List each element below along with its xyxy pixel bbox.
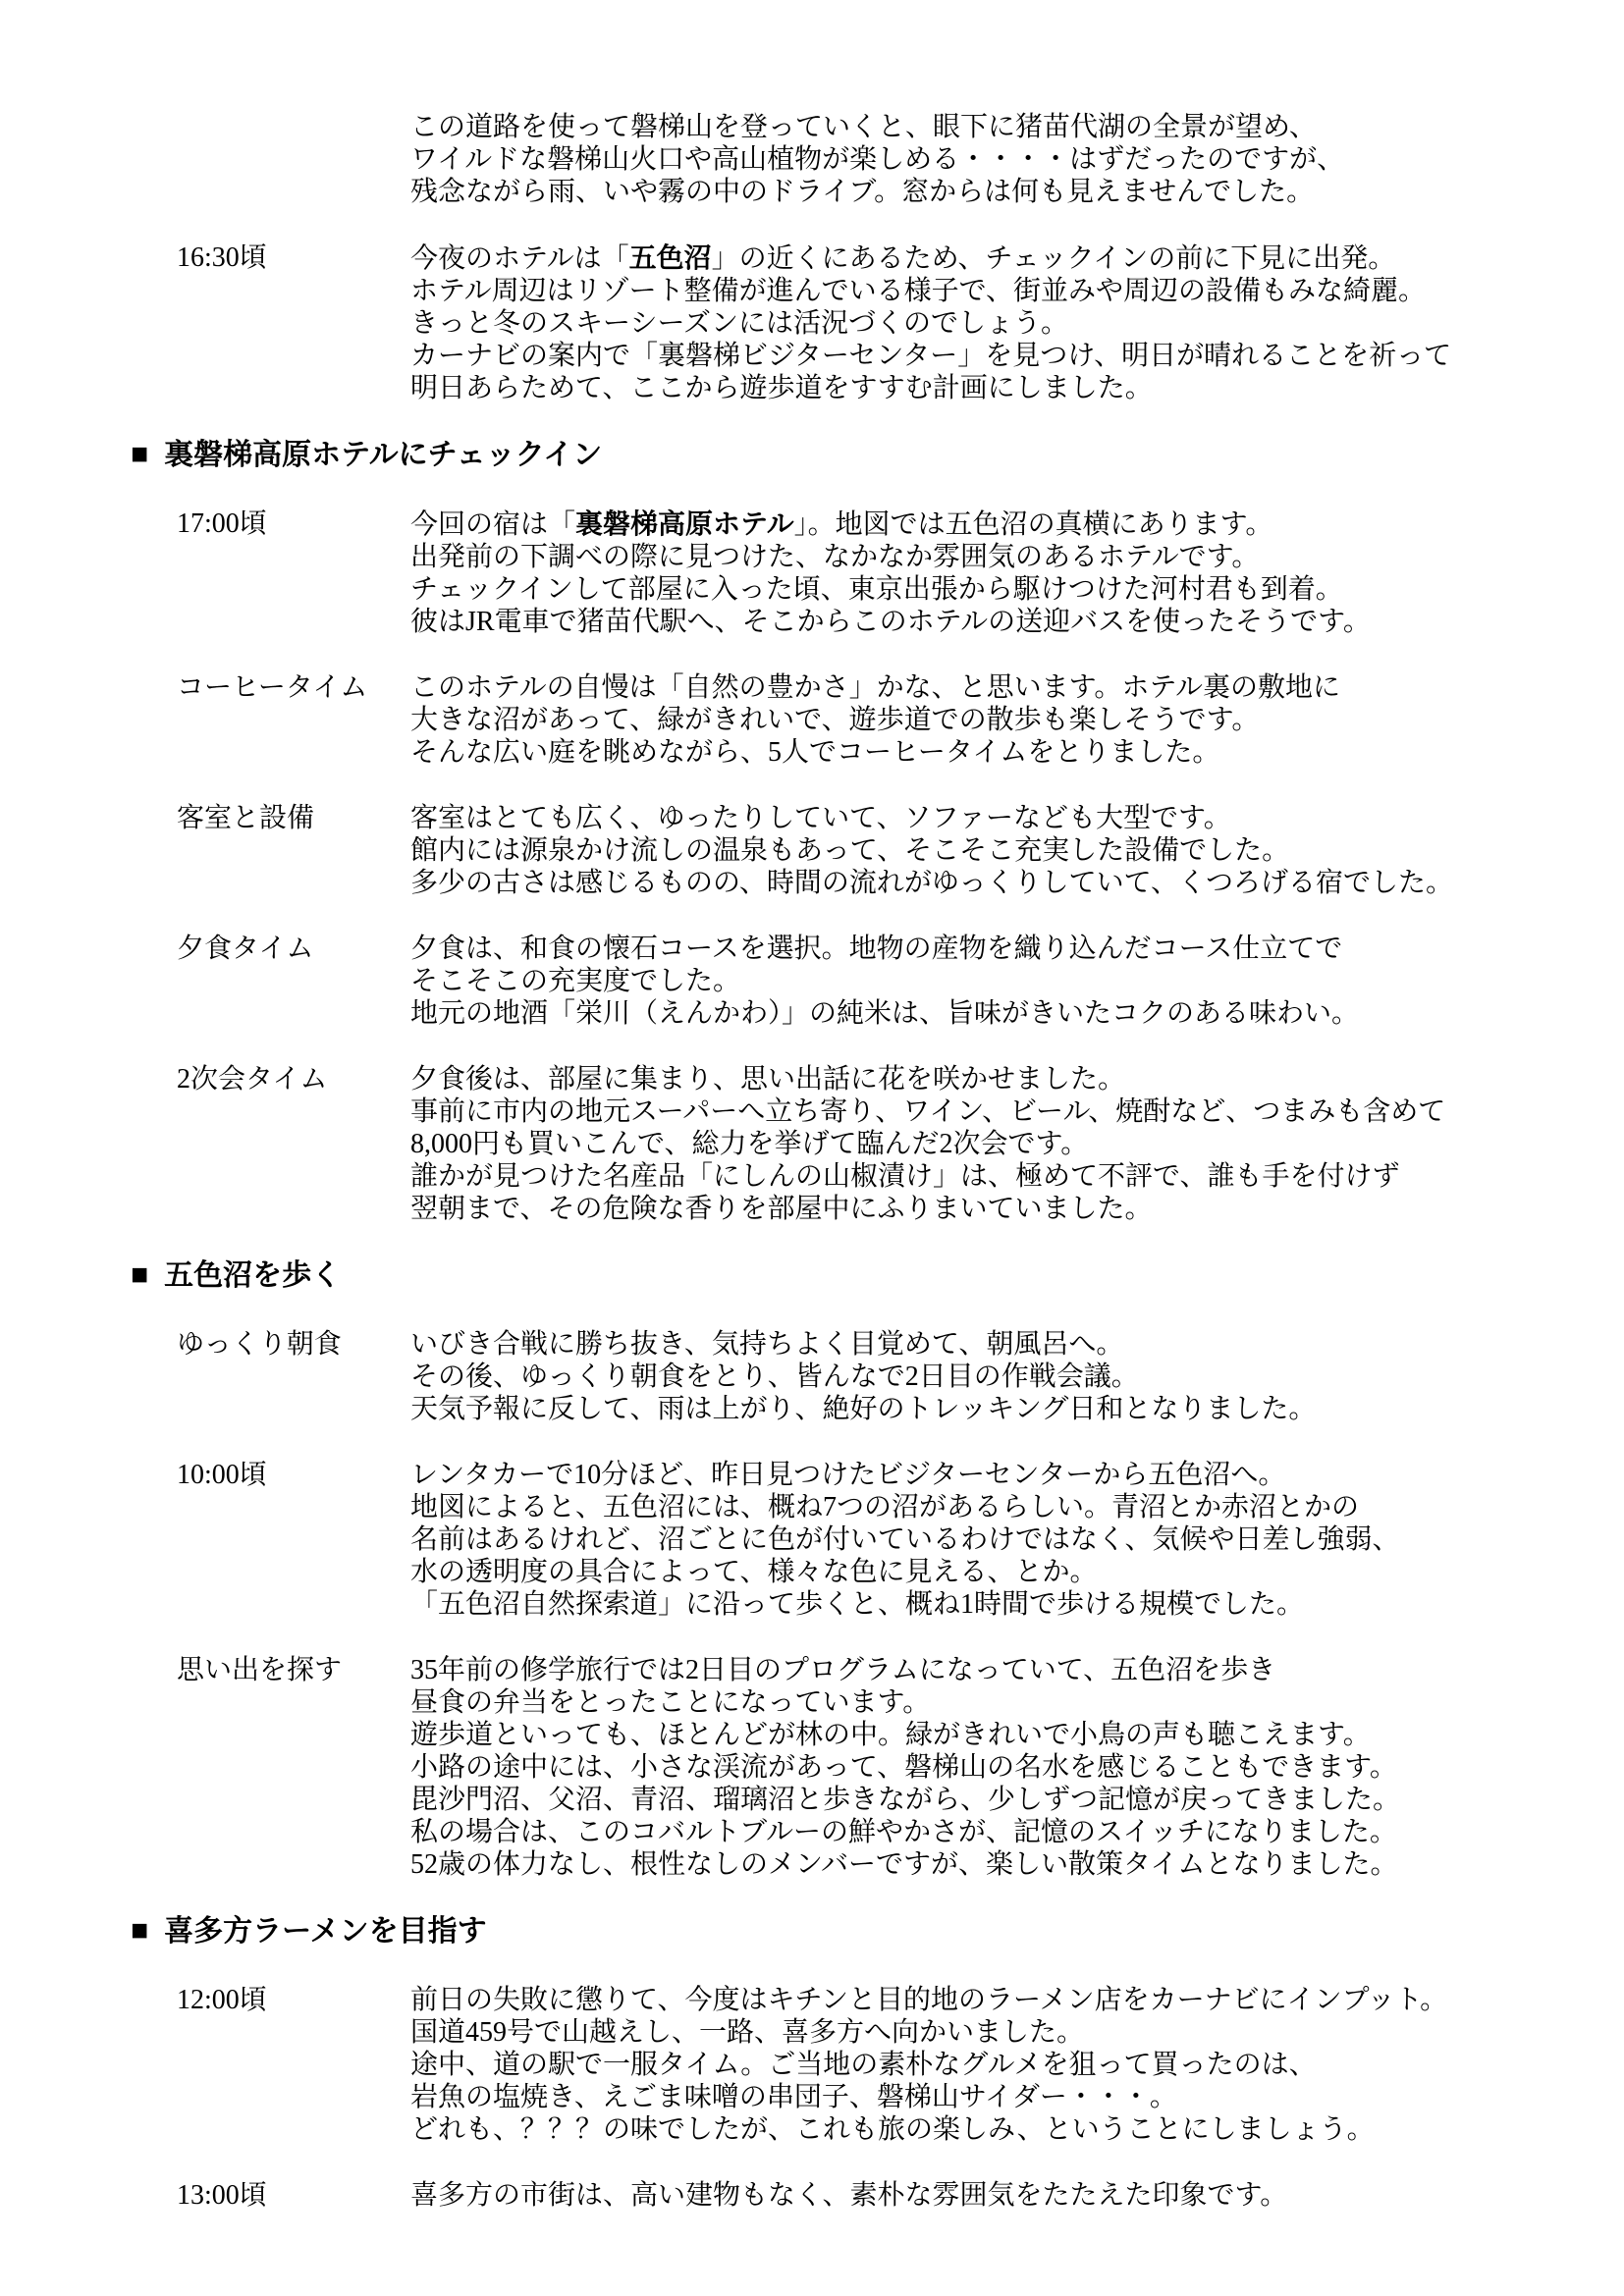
entry-body: 夕食後は、部屋に集まり、思い出話に花を咲かせました。事前に市内の地元スーパーへ立… (410, 1063, 1624, 1225)
entry-text-line: 地元の地酒「栄川（えんかわ）」の純米は、旨味がきいたコクのある味わい。 (410, 997, 1624, 1030)
entry-text-line: そんな広い庭を眺めながら、5人でコーヒータイムをとりました。 (410, 736, 1624, 769)
entry-text-line: ホテル周辺はリゾート整備が進んでいる様子で、街並みや周辺の設備もみな綺麗。 (410, 275, 1624, 307)
entry-label: 客室と設備 (177, 802, 410, 834)
entry-text-line: 水の透明度の具合によって、様々な色に見える、とか。 (410, 1556, 1624, 1588)
timeline-entry: コーヒータイムこのホテルの自慢は「自然の豊かさ」かな、と思います。ホテル裏の敷地… (0, 671, 1624, 769)
entry-label: 10:00頃 (177, 1459, 410, 1491)
timeline-entry: 13:00頃喜多方の市街は、高い建物もなく、素朴な雰囲気をたたえた印象です。 (0, 2179, 1624, 2212)
entry-text-line: いびき合戦に勝ち抜き、気持ちよく目覚めて、朝風呂へ。 (410, 1328, 1624, 1361)
section-bullet-icon: ■ (131, 1913, 148, 1949)
section-heading: ■喜多方ラーメンを目指す (131, 1914, 1624, 1949)
timeline-entry: 客室と設備客室はとても広く、ゆったりしていて、ソファーなども大型です。館内には源… (0, 802, 1624, 899)
text-segment: 今回の宿は「 (410, 509, 575, 540)
entry-text-line: 誰かが見つけた名産品「にしんの山椒漬け」は、極めて不評で、誰も手を付けず (410, 1160, 1624, 1193)
section-bullet-icon: ■ (131, 1257, 148, 1293)
section-heading-text: 喜多方ラーメンを目指す (164, 1915, 487, 1948)
entry-body: 客室はとても広く、ゆったりしていて、ソファーなども大型です。館内には源泉かけ流し… (410, 802, 1624, 899)
entry-text-line: 館内には源泉かけ流しの温泉もあって、そこそこ充実した設備でした。 (410, 834, 1624, 867)
entry-text-line: 岩魚の塩焼き、えごま味噌の串団子、磐梯山サイダー・・・。 (410, 2081, 1624, 2113)
entry-text-line: 翌朝まで、その危険な香りを部屋中にふりまいていました。 (410, 1193, 1624, 1225)
text-segment: 」の近くにあるため、チェックインの前に下見に出発。 (712, 243, 1396, 274)
entry-text-line: その後、ゆっくり朝食をとり、皆んなで2日目の作戦会議。 (410, 1361, 1624, 1393)
text-segment: 今夜のホテルは「 (410, 243, 629, 274)
entry-body: いびき合戦に勝ち抜き、気持ちよく目覚めて、朝風呂へ。その後、ゆっくり朝食をとり、… (410, 1328, 1624, 1425)
bold-term: 裏磐梯高原ホテル (575, 508, 794, 539)
entry-body: 前日の失敗に懲りて、今度はキチンと目的地のラーメン店をカーナビにインプット。国道… (410, 1984, 1624, 2146)
entry-text-line: 事前に市内の地元スーパーへ立ち寄り、ワイン、ビール、焼酎など、つまみも含めて (410, 1095, 1624, 1128)
entry-text-line: レンタカーで10分ほど、昨日見つけたビジターセンターから五色沼へ。 (410, 1459, 1624, 1491)
entry-text-line: 残念ながら雨、いや霧の中のドライブ。窓からは何も見えませんでした。 (410, 176, 1624, 208)
timeline-entry: 2次会タイム夕食後は、部屋に集まり、思い出話に花を咲かせました。事前に市内の地元… (0, 1063, 1624, 1225)
entry-label: ゆっくり朝食 (177, 1328, 410, 1361)
entry-text-line: そこそこの充実度でした。 (410, 965, 1624, 997)
entry-body: このホテルの自慢は「自然の豊かさ」かな、と思います。ホテル裏の敷地に大きな沼があ… (410, 671, 1624, 769)
entry-text-line: 昼食の弁当をとったことになっています。 (410, 1686, 1624, 1719)
entry-text-line: 途中、道の駅で一服タイム。ご当地の素朴なグルメを狙って買ったのは、 (410, 2049, 1624, 2081)
entry-label: 13:00頃 (177, 2179, 410, 2212)
entry-text-line: 小路の途中には、小さな渓流があって、磐梯山の名水を感じることもできます。 (410, 1751, 1624, 1784)
entry-text-line: 52歳の体力なし、根性なしのメンバーですが、楽しい散策タイムとなりました。 (410, 1848, 1624, 1881)
entry-label: コーヒータイム (177, 671, 410, 704)
entry-text-line: 前日の失敗に懲りて、今度はキチンと目的地のラーメン店をカーナビにインプット。 (410, 1984, 1624, 2016)
timeline-entry: この道路を使って磐梯山を登っていくと、眼下に猪苗代湖の全景が望め、ワイルドな磐梯… (0, 111, 1624, 208)
entry-text-line: チェックインして部屋に入った頃、東京出張から駆けつけた河村君も到着。 (410, 573, 1624, 606)
entry-text-line: 多少の古さは感じるものの、時間の流れがゆっくりしていて、くつろげる宿でした。 (410, 867, 1624, 899)
entry-label: 16:30頃 (177, 241, 410, 274)
section-heading-text: 裏磐梯高原ホテルにチェックイン (164, 439, 602, 471)
entry-text-line: 彼はJR電車で猪苗代駅へ、そこからこのホテルの送迎バスを使ったそうです。 (410, 606, 1624, 638)
entry-text-line: 明日あらためて、ここから遊歩道をすすむ計画にしました。 (410, 372, 1624, 404)
entry-text-line: 出発前の下調べの際に見つけた、なかなか雰囲気のあるホテルです。 (410, 541, 1624, 573)
entry-text-line: このホテルの自慢は「自然の豊かさ」かな、と思います。ホテル裏の敷地に (410, 671, 1624, 704)
entry-text-line: きっと冬のスキーシーズンには活況づくのでしょう。 (410, 307, 1624, 340)
entry-text-line: ワイルドな磐梯山火口や高山植物が楽しめる・・・・はずだったのですが、 (410, 143, 1624, 176)
section-heading: ■五色沼を歩く (131, 1258, 1624, 1294)
entry-label: 12:00頃 (177, 1984, 410, 2016)
timeline-entry: 思い出を探す35年前の修学旅行では2日目のプログラムになっていて、五色沼を歩き昼… (0, 1654, 1624, 1881)
entry-text-line: この道路を使って磐梯山を登っていくと、眼下に猪苗代湖の全景が望め、 (410, 111, 1624, 143)
entry-body: 喜多方の市街は、高い建物もなく、素朴な雰囲気をたたえた印象です。 (410, 2179, 1624, 2212)
entry-body: 35年前の修学旅行では2日目のプログラムになっていて、五色沼を歩き昼食の弁当をと… (410, 1654, 1624, 1881)
entry-text-line: 夕食は、和食の懐石コースを選択。地物の産物を織り込んだコース仕立てで (410, 933, 1624, 965)
bold-term: 五色沼 (629, 242, 712, 273)
entry-text-line: 今夜のホテルは「五色沼」の近くにあるため、チェックインの前に下見に出発。 (410, 241, 1624, 275)
timeline-entry: 17:00頃今回の宿は「裏磐梯高原ホテル」。地図では五色沼の真横にあります。出発… (0, 507, 1624, 638)
entry-body: 今夜のホテルは「五色沼」の近くにあるため、チェックインの前に下見に出発。ホテル周… (410, 241, 1624, 404)
entry-text-line: 「五色沼自然探索道」に沿って歩くと、概ね1時間で歩ける規模でした。 (410, 1588, 1624, 1621)
timeline-entry: 10:00頃レンタカーで10分ほど、昨日見つけたビジターセンターから五色沼へ。地… (0, 1459, 1624, 1621)
entry-body: レンタカーで10分ほど、昨日見つけたビジターセンターから五色沼へ。地図によると、… (410, 1459, 1624, 1621)
entry-text-line: 喜多方の市街は、高い建物もなく、素朴な雰囲気をたたえた印象です。 (410, 2179, 1624, 2212)
entry-text-line: 8,000円も買いこんで、総力を挙げて臨んだ2次会です。 (410, 1128, 1624, 1160)
entry-label: 夕食タイム (177, 933, 410, 965)
section-heading-text: 五色沼を歩く (164, 1259, 341, 1292)
travel-log-content: この道路を使って磐梯山を登っていくと、眼下に猪苗代湖の全景が望め、ワイルドな磐梯… (0, 0, 1624, 2212)
timeline-entry: ゆっくり朝食いびき合戦に勝ち抜き、気持ちよく目覚めて、朝風呂へ。その後、ゆっくり… (0, 1328, 1624, 1425)
document-page: この道路を使って磐梯山を登っていくと、眼下に猪苗代湖の全景が望め、ワイルドな磐梯… (0, 0, 1624, 2296)
entry-text-line: 35年前の修学旅行では2日目のプログラムになっていて、五色沼を歩き (410, 1654, 1624, 1686)
entry-text-line: 国道459号で山越えし、一路、喜多方へ向かいました。 (410, 2016, 1624, 2049)
section-bullet-icon: ■ (131, 437, 148, 472)
entry-text-line: 大きな沼があって、緑がきれいで、遊歩道での散歩も楽しそうです。 (410, 704, 1624, 736)
entry-text-line: 地図によると、五色沼には、概ね7つの沼があるらしい。青沼とか赤沼とかの (410, 1491, 1624, 1523)
entry-body: 夕食は、和食の懐石コースを選択。地物の産物を織り込んだコース仕立てでそこそこの充… (410, 933, 1624, 1030)
entry-text-line: 遊歩道といっても、ほとんどが林の中。緑がきれいで小鳥の声も聴こえます。 (410, 1719, 1624, 1751)
entry-body: この道路を使って磐梯山を登っていくと、眼下に猪苗代湖の全景が望め、ワイルドな磐梯… (410, 111, 1624, 208)
entry-text-line: 名前はあるけれど、沼ごとに色が付いているわけではなく、気候や日差し強弱、 (410, 1523, 1624, 1556)
entry-label: 思い出を探す (177, 1654, 410, 1686)
entry-label: 2次会タイム (177, 1063, 410, 1095)
entry-text-line: 夕食後は、部屋に集まり、思い出話に花を咲かせました。 (410, 1063, 1624, 1095)
entry-text-line: どれも、？？？の味でしたが、これも旅の楽しみ、ということにしましょう。 (410, 2113, 1624, 2146)
timeline-entry: 16:30頃今夜のホテルは「五色沼」の近くにあるため、チェックインの前に下見に出… (0, 241, 1624, 404)
entry-label: 17:00頃 (177, 507, 410, 540)
timeline-entry: 夕食タイム夕食は、和食の懐石コースを選択。地物の産物を織り込んだコース仕立てでそ… (0, 933, 1624, 1030)
section-heading: ■裏磐梯高原ホテルにチェックイン (131, 438, 1624, 473)
entry-text-line: 毘沙門沼、父沼、青沼、瑠璃沼と歩きながら、少しずつ記憶が戻ってきました。 (410, 1784, 1624, 1816)
timeline-entry: 12:00頃前日の失敗に懲りて、今度はキチンと目的地のラーメン店をカーナビにイン… (0, 1984, 1624, 2146)
entry-text-line: 私の場合は、このコバルトブルーの鮮やかさが、記憶のスイッチになりました。 (410, 1816, 1624, 1848)
entry-text-line: 今回の宿は「裏磐梯高原ホテル」。地図では五色沼の真横にあります。 (410, 507, 1624, 541)
text-segment: 」。地図では五色沼の真横にあります。 (794, 509, 1273, 540)
entry-body: 今回の宿は「裏磐梯高原ホテル」。地図では五色沼の真横にあります。出発前の下調べの… (410, 507, 1624, 638)
entry-text-line: カーナビの案内で「裏磐梯ビジターセンター」を見つけ、明日が晴れることを祈って (410, 340, 1624, 372)
entry-text-line: 客室はとても広く、ゆったりしていて、ソファーなども大型です。 (410, 802, 1624, 834)
entry-text-line: 天気予報に反して、雨は上がり、絶好のトレッキング日和となりました。 (410, 1393, 1624, 1425)
